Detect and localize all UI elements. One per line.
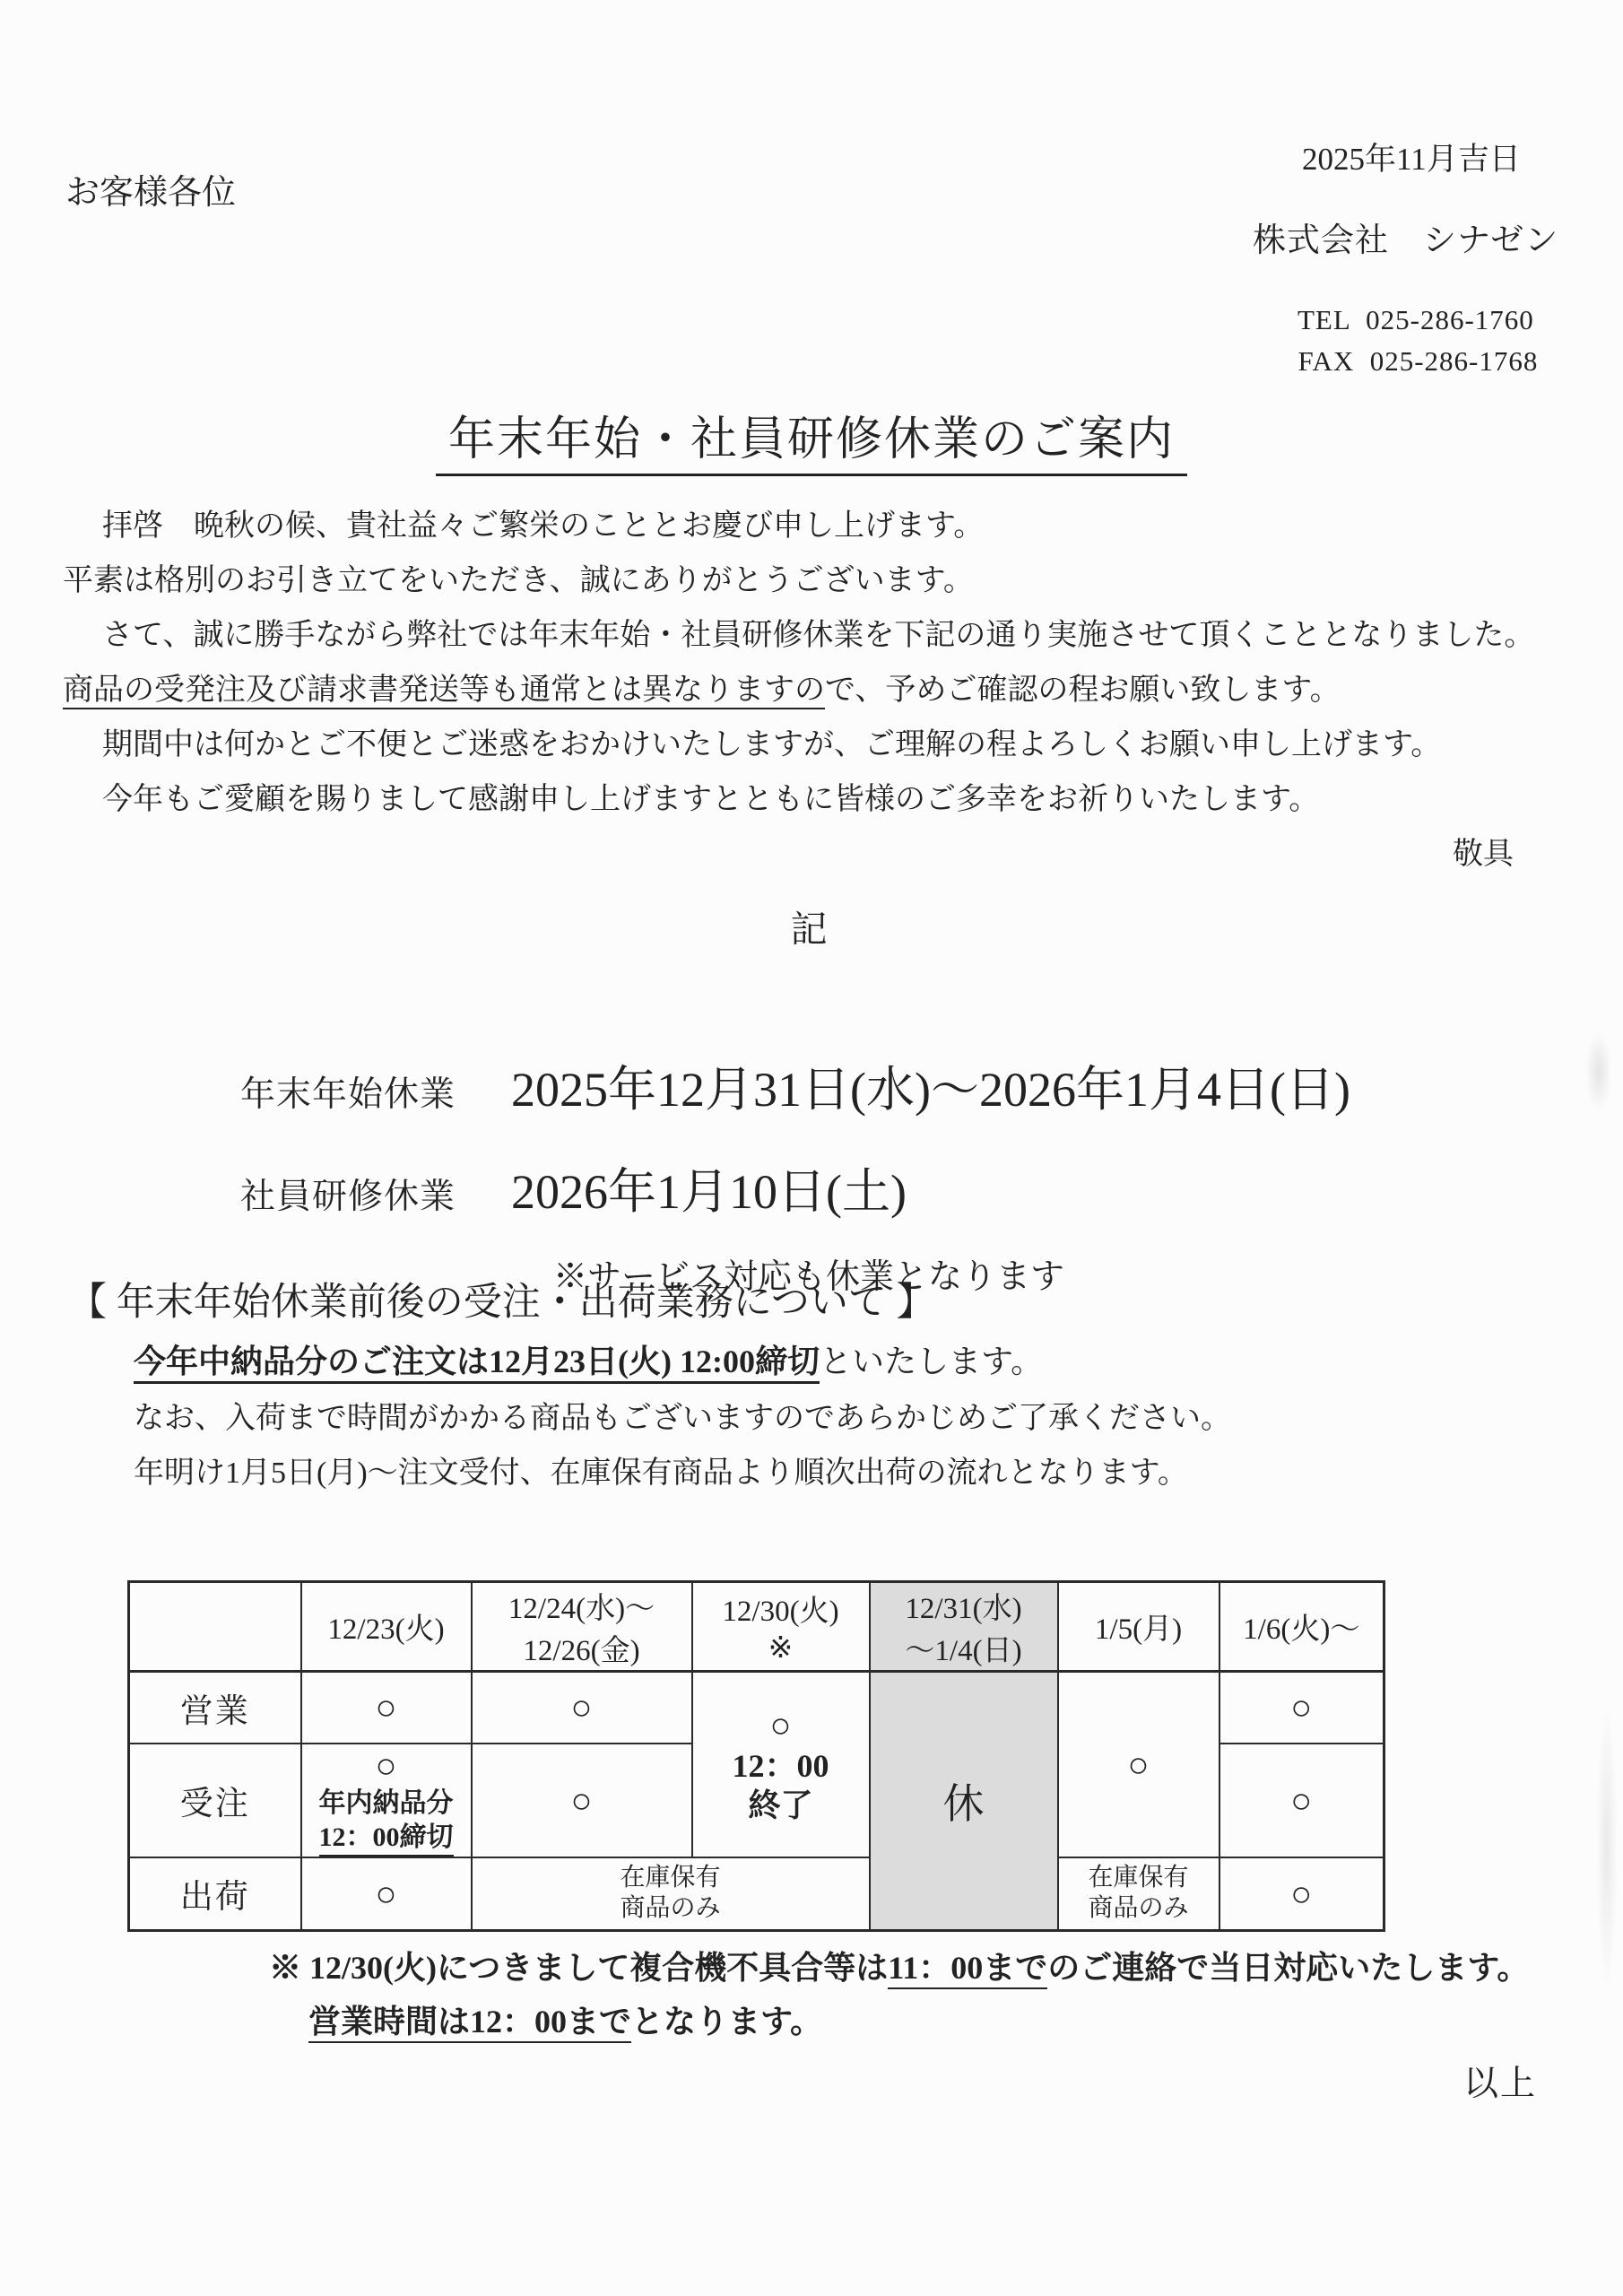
header-corner-cell bbox=[129, 1582, 301, 1672]
orders-dec23-circle: ○ bbox=[375, 1744, 396, 1787]
holiday-dates-yearend: 2025年12月31日(水)～2026年1月4日(日) bbox=[511, 1051, 1350, 1120]
recipient: お客様各位 bbox=[65, 164, 236, 213]
shipping-stock-line2: 商品のみ bbox=[620, 1893, 720, 1924]
header-dec31-line2: ～1/4(日) bbox=[905, 1627, 1021, 1669]
sales-jan6-cell: ○ bbox=[1219, 1672, 1384, 1744]
closing-ijou: 以上 bbox=[1463, 2056, 1537, 2106]
holiday-closed-cell: 休 bbox=[870, 1672, 1058, 1931]
section-line-3: 年明け1月5日(月)～注文受付、在庫保有商品より順次出荷の流れとなります。 bbox=[134, 1448, 1188, 1492]
paragraph-1: 拝啓 晩秋の候、貴社益々ご繁栄のこととお慶び申し上げます。 bbox=[63, 499, 1578, 553]
dec30-merged-cell: ○ 12：00 終了 bbox=[692, 1672, 870, 1857]
orders-dec24-26-cell: ○ bbox=[472, 1744, 692, 1857]
header-dec30: 12/30(火) ※ bbox=[692, 1582, 870, 1672]
fax-line: FAX 025-286-1768 bbox=[1282, 313, 1538, 378]
dec30-end: 終了 bbox=[748, 1786, 812, 1825]
holiday-row-yearend: 年末年始休業 2025年12月31日(水)～2026年1月4日(日) bbox=[240, 1051, 1350, 1120]
sales-row: 営業 ○ ○ ○ 12：00 終了 休 ○ ○ bbox=[129, 1672, 1384, 1744]
orders-dec23-note2: 12：00締切 bbox=[319, 1821, 454, 1857]
footnote-2-underline: 営業時間は12：00まで bbox=[308, 2004, 631, 2043]
paragraph-3: さて、誠に勝手ながら弊社では年末年始・社員研修休業を下記の通り実施させて頂くこと… bbox=[63, 608, 1578, 663]
header-dec24-26-line2: 12/26(金) bbox=[523, 1627, 639, 1669]
header-dec24-26-line1: 12/24(水)～ bbox=[508, 1585, 655, 1627]
orders-dec23-cell: ○ 年内納品分 12：00締切 bbox=[301, 1744, 472, 1857]
footnote-2-post: となります。 bbox=[631, 2004, 822, 2039]
fax-spacer bbox=[1354, 345, 1370, 377]
dec30-circle: ○ bbox=[769, 1704, 791, 1746]
keigu: 敬具 bbox=[63, 827, 1578, 882]
holiday-label-training: 社員研修休業 bbox=[240, 1169, 456, 1219]
greeting-body: 拝啓 晩秋の候、貴社益々ご繁栄のこととお慶び申し上げます。 平素は格別のお引き立… bbox=[63, 499, 1578, 882]
paragraph-2: 平素は格別のお引き立てをいただき、誠にありがとうございます。 bbox=[63, 553, 1578, 608]
header-dec24-26: 12/24(水)～ 12/26(金) bbox=[472, 1582, 692, 1672]
order-deadline-emphasis: 今年中納品分のご注文は12月23日(火) 12:00締切 bbox=[134, 1344, 820, 1384]
fax-label: FAX bbox=[1298, 345, 1355, 377]
dec30-time: 12：00 bbox=[732, 1746, 829, 1786]
schedule-table: 12/23(火) 12/24(水)～ 12/26(金) 12/30(火) ※ 1… bbox=[127, 1580, 1385, 1932]
section-line-1: 今年中納品分のご注文は12月23日(火) 12:00締切といたします。 bbox=[134, 1336, 1043, 1382]
shipping-jan5-cell: 在庫保有 商品のみ bbox=[1058, 1857, 1219, 1931]
sales-dec23-cell: ○ bbox=[301, 1672, 472, 1744]
sales-row-label: 営業 bbox=[129, 1672, 301, 1744]
scan-smudge bbox=[1596, 1704, 1618, 1991]
shipping-row: 出荷 ○ 在庫保有 商品のみ 在庫保有 商品のみ ○ bbox=[129, 1857, 1384, 1931]
section-line-2: なお、入荷まで時間がかかる商品もございますのであらかじめご了承ください。 bbox=[134, 1393, 1231, 1437]
header-dec31-line1: 12/31(水) bbox=[905, 1585, 1021, 1627]
shipping-jan5-line1: 在庫保有 bbox=[1088, 1863, 1188, 1893]
shipping-dec23-cell: ○ bbox=[301, 1857, 472, 1931]
sales-dec24-26-cell: ○ bbox=[472, 1672, 692, 1744]
header-dec23: 12/23(火) bbox=[301, 1582, 472, 1672]
shipping-stock-only-cell: 在庫保有 商品のみ bbox=[472, 1857, 870, 1931]
document-date: 2025年11月吉日 bbox=[1302, 135, 1521, 179]
scan-smudge bbox=[1585, 1031, 1612, 1112]
schedule-header-row: 12/23(火) 12/24(水)～ 12/26(金) 12/30(火) ※ 1… bbox=[129, 1582, 1384, 1672]
header-dec31-jan4: 12/31(水) ～1/4(日) bbox=[870, 1582, 1058, 1672]
footnote-1-post: のご連絡で当日対応いたします。 bbox=[1047, 1950, 1529, 1986]
paragraph-4: 商品の受発注及び請求書発送等も通常とは異なりますので、予めご確認の程お願い致しま… bbox=[63, 663, 1578, 717]
footnote-1-pre: ※ 12/30(火)につきまして複合機不具合等は bbox=[269, 1950, 888, 1986]
shipping-jan5-line2: 商品のみ bbox=[1088, 1893, 1188, 1924]
header-dec30-asterisk: ※ bbox=[768, 1630, 794, 1665]
paragraph-4-rest: で、予めご確認の程お願い致します。 bbox=[825, 674, 1341, 707]
header-dec30-line1: 12/30(火) bbox=[722, 1587, 838, 1630]
footnote-1-underline: 11：00まで bbox=[888, 1950, 1047, 1989]
fax-number: 025-286-1768 bbox=[1370, 345, 1539, 377]
order-deadline-rest: といたします。 bbox=[820, 1344, 1043, 1379]
record-marker: 記 bbox=[0, 900, 1623, 952]
title-row: 年末年始・社員研修休業のご案内 bbox=[0, 401, 1623, 476]
company-name: 株式会社 シナゼン bbox=[1253, 213, 1558, 261]
holiday-dates-training: 2026年1月10日(土) bbox=[511, 1153, 907, 1222]
footnote-1: ※ 12/30(火)につきまして複合機不具合等は11：00までのご連絡で当日対応… bbox=[269, 1943, 1529, 1988]
shipping-jan6-cell: ○ bbox=[1219, 1857, 1384, 1931]
orders-dec23-note1: 年内納品分 bbox=[319, 1787, 454, 1821]
footnote-2: 営業時間は12：00までとなります。 bbox=[308, 1996, 822, 2042]
shipping-row-label: 出荷 bbox=[129, 1857, 301, 1931]
orders-jan6-cell: ○ bbox=[1219, 1744, 1384, 1857]
paragraph-5: 期間中は何かとご不便とご迷惑をおかけいたしますが、ご理解の程よろしくお願い申し上… bbox=[63, 717, 1578, 772]
orders-row-label: 受注 bbox=[129, 1744, 301, 1857]
holiday-row-training: 社員研修休業 2026年1月10日(土) bbox=[240, 1153, 907, 1222]
paragraph-4-underlined: 商品の受発注及び請求書発送等も通常とは異なりますの bbox=[63, 674, 825, 709]
document-page: { "header": { "date": "2025年11月吉日", "rec… bbox=[0, 0, 1623, 2296]
shipping-stock-line1: 在庫保有 bbox=[620, 1863, 720, 1893]
page-title: 年末年始・社員研修休業のご案内 bbox=[436, 401, 1187, 476]
jan5-merged-cell: ○ bbox=[1058, 1672, 1219, 1857]
section-heading: 【 年末年始休業前後の受注・出荷業務について 】 bbox=[68, 1272, 935, 1326]
paragraph-6: 今年もご愛顧を賜りまして感謝申し上げますとともに皆様のご多幸をお祈りいたします。 bbox=[63, 772, 1578, 827]
header-jan6: 1/6(火)～ bbox=[1219, 1582, 1384, 1672]
header-jan5: 1/5(月) bbox=[1058, 1582, 1219, 1672]
holiday-label-yearend: 年末年始休業 bbox=[240, 1066, 456, 1117]
